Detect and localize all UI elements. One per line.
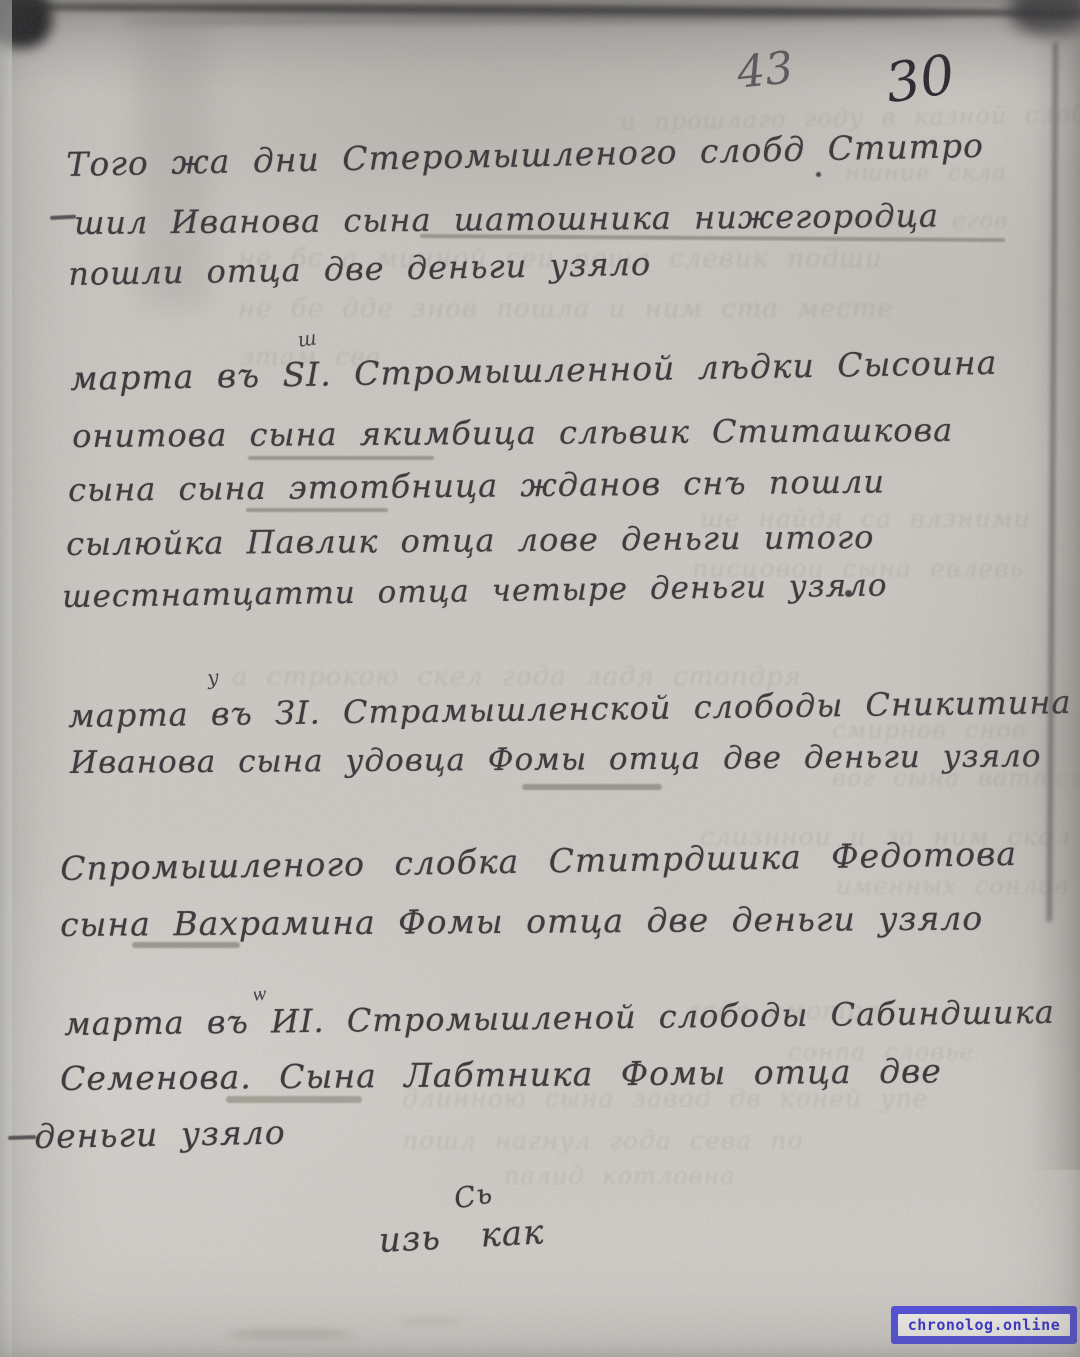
entry-2-superscript: ш bbox=[296, 325, 318, 351]
pencil-underline bbox=[248, 456, 434, 460]
entry-4-line-2: сына Вахрамина Фомы отца две деньги узял… bbox=[60, 902, 983, 941]
ghost-line: именных сонлив bbox=[836, 874, 1069, 898]
ink-speck bbox=[845, 590, 852, 597]
margin-dash bbox=[50, 215, 76, 220]
pencil-underline bbox=[132, 942, 240, 948]
left-edge-highlight bbox=[0, 0, 12, 1357]
bottom-smudge bbox=[225, 1330, 355, 1338]
closing-mark-bottom: изь как bbox=[378, 1215, 545, 1258]
watermark-inner-panel: chronolog.online bbox=[898, 1314, 1070, 1336]
pencil-underline bbox=[246, 508, 388, 512]
margin-dash bbox=[8, 1135, 36, 1140]
closing-mark-top: Сь bbox=[452, 1179, 495, 1213]
entry-1-line-3: пошли отца две деньги узяло bbox=[68, 248, 652, 290]
folio-number-pencil: 43 bbox=[735, 46, 795, 96]
ghost-line: палид котловна bbox=[504, 1164, 736, 1188]
entry-3-superscript: у bbox=[206, 665, 220, 690]
entry-5-line-3: деньги узяло bbox=[34, 1116, 286, 1153]
ink-speck bbox=[816, 172, 821, 177]
bottom-smudge bbox=[398, 1318, 464, 1324]
entry-5-line-1: марта въ ИІ. Стромышленой слободы Сабинд… bbox=[64, 996, 1055, 1040]
manuscript-scan-page: и прошлаго году в казной слоб ншние скла… bbox=[0, 0, 1080, 1357]
ink-speck bbox=[930, 140, 934, 144]
entry-2-line-5: шестнатцатти отца четыре деньги узяло bbox=[62, 570, 888, 613]
entry-2-line-3: сына сына этотбница жданов снъ пошли bbox=[68, 465, 885, 506]
entry-3-line-2: Иванова сына удовца Фомы отца две деньги… bbox=[70, 741, 1042, 779]
entry-5-line-2: Семенова. Сына Лабтника Фомы отца две bbox=[60, 1054, 942, 1095]
pencil-underline bbox=[420, 234, 1005, 242]
ghost-line: пошл нагнул года сева по bbox=[402, 1128, 803, 1153]
entry-2-line-4: сылюйка Павлик отца лове деньги итого bbox=[66, 521, 875, 560]
ghost-line: не бе дде знов пошла и ним ста месте bbox=[238, 296, 894, 322]
pencil-underline bbox=[522, 784, 662, 790]
entry-2-line-1: марта въ ЅІ. Стромышленной лѣдки Сысоина bbox=[70, 346, 998, 395]
folio-number-ink: 30 bbox=[882, 47, 958, 111]
entry-1-line-2: шил Иванова сына шатошника нижегородца bbox=[74, 199, 939, 239]
watermark-badge: chronolog.online bbox=[891, 1306, 1077, 1344]
pencil-underline bbox=[226, 1096, 362, 1103]
ghost-line: а строкою скел года ладя стопдря bbox=[232, 664, 802, 690]
watermark-label: chronolog.online bbox=[908, 1318, 1061, 1333]
entry-2-line-2: онитова сына якимбица слѣвик Ститашкова bbox=[72, 414, 953, 452]
